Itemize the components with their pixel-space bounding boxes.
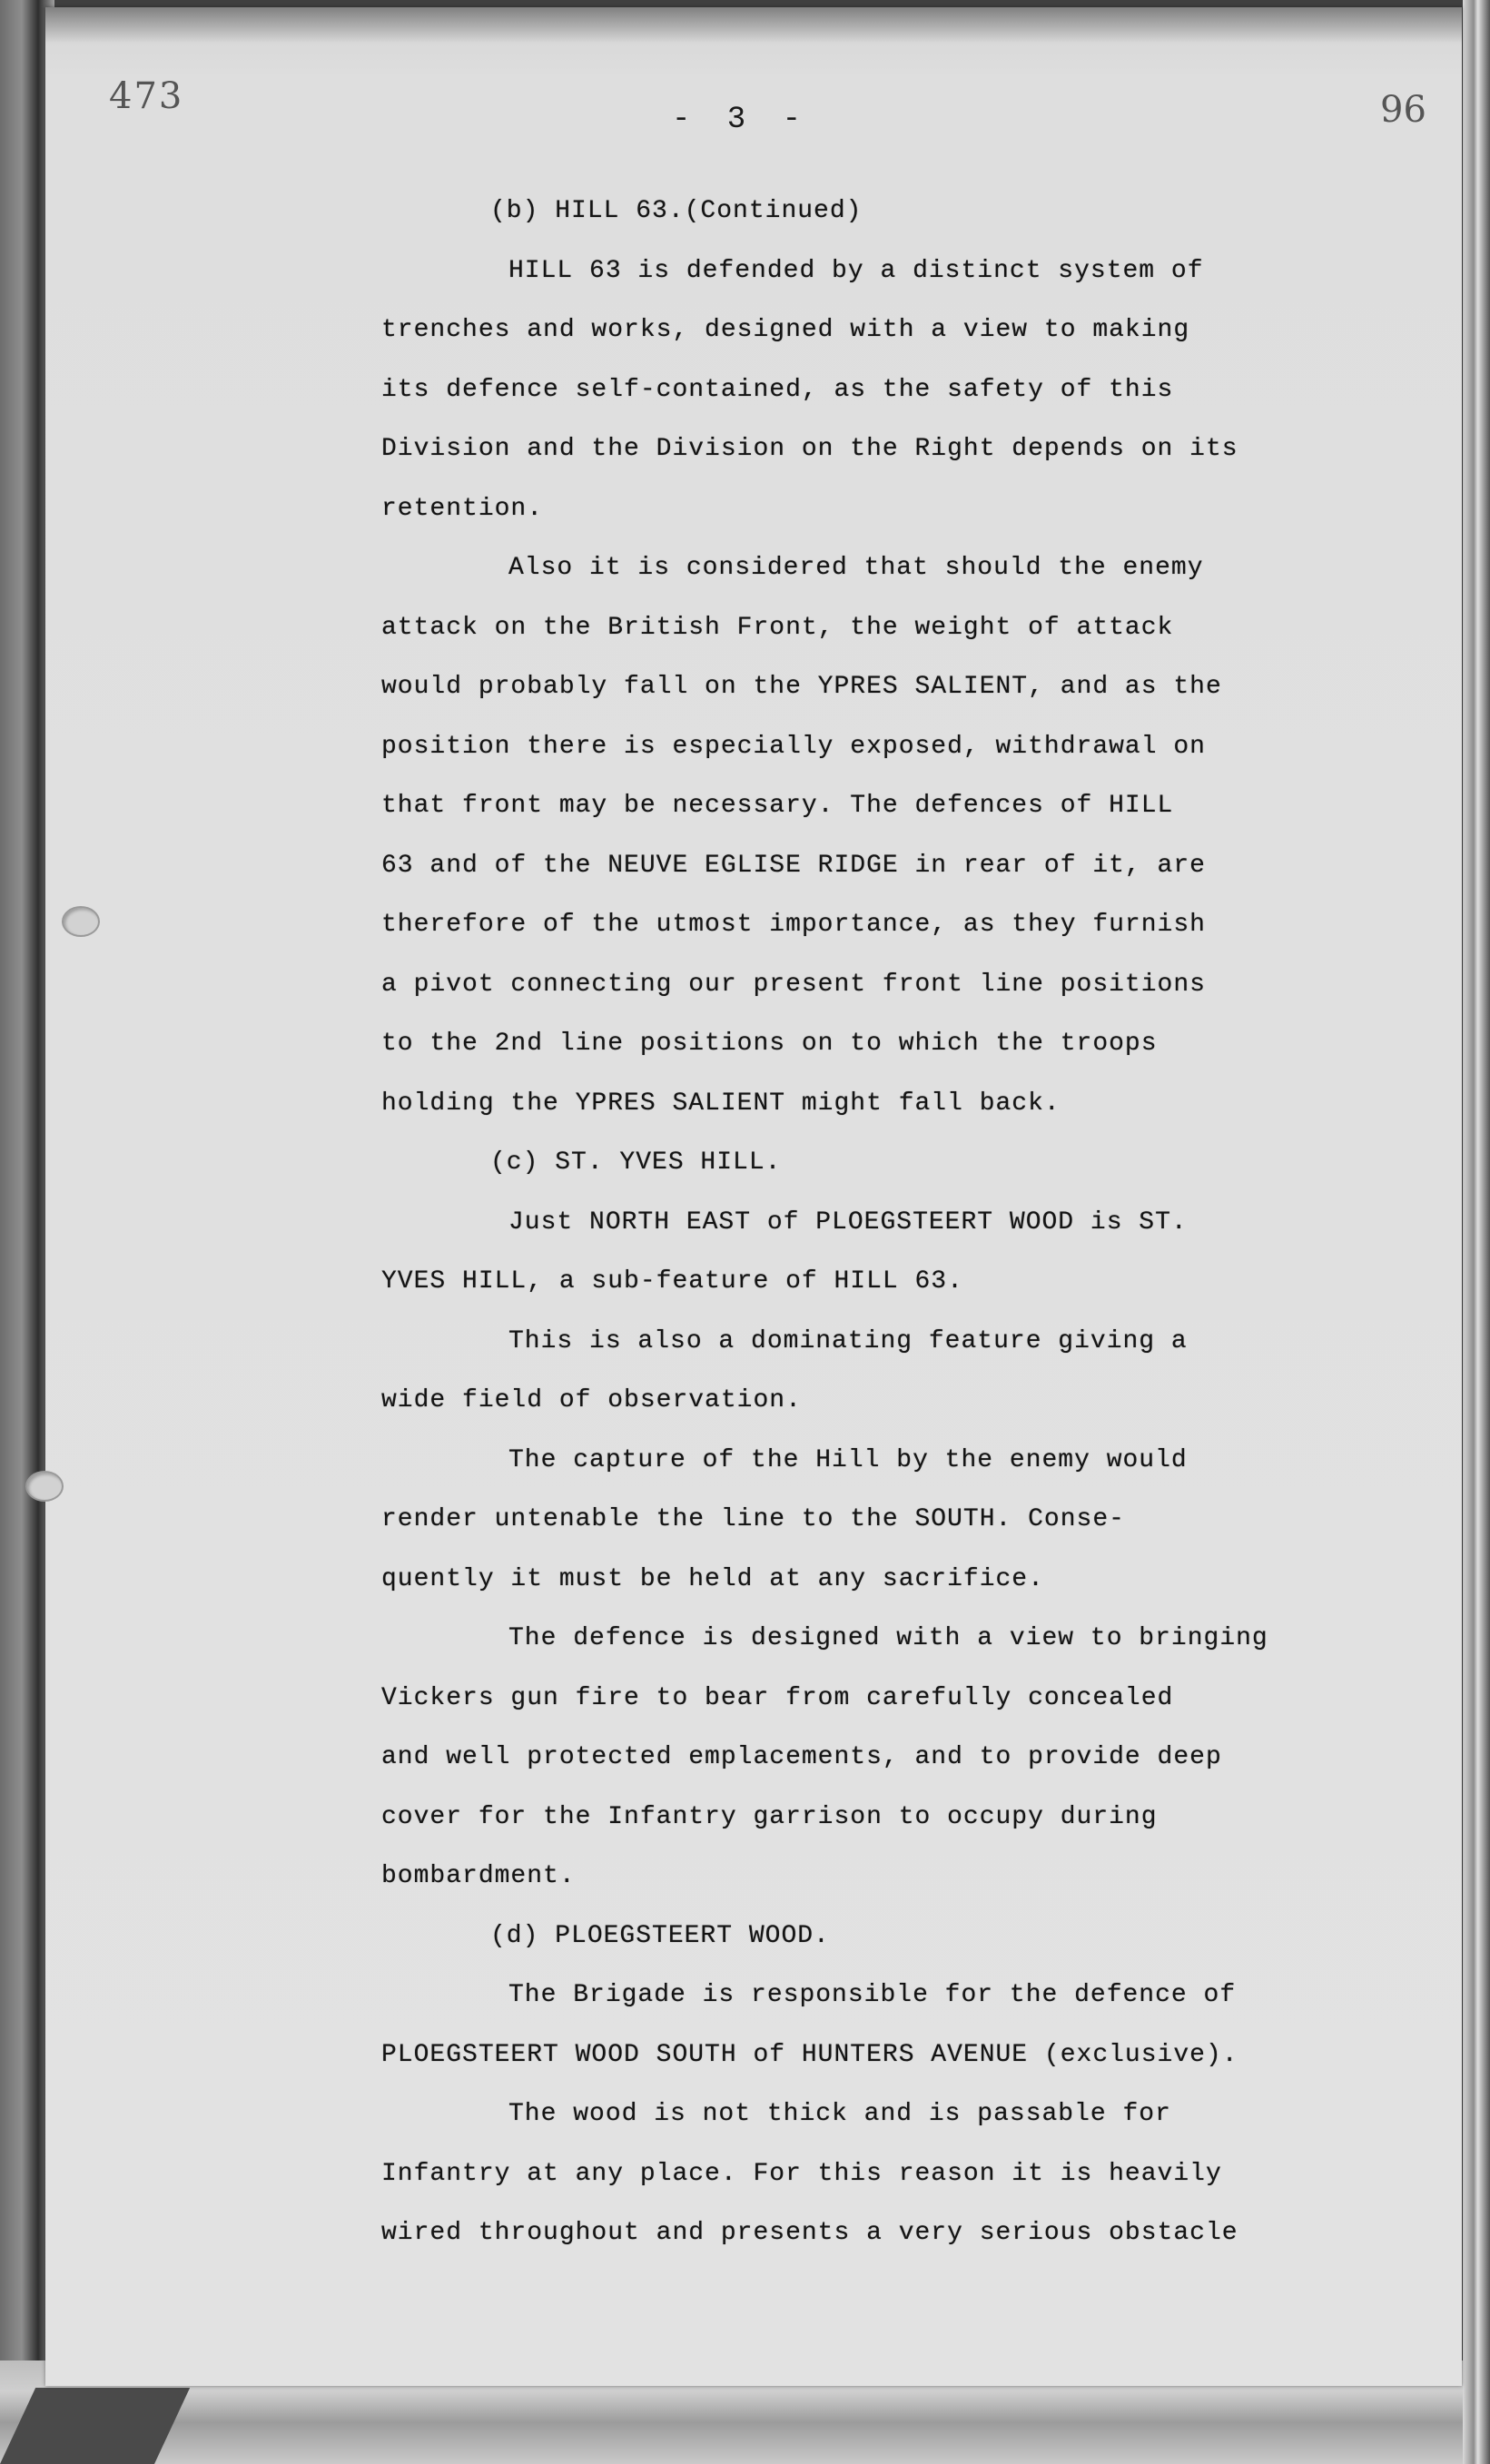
page-number: - 3 - xyxy=(672,103,810,137)
text-line: render untenable the line to the SOUTH. … xyxy=(381,1490,1398,1550)
document-body: (b) HILL 63.(Continued) HILL 63 is defen… xyxy=(381,182,1398,2263)
text-line: cover for the Infantry garrison to occup… xyxy=(381,1788,1398,1848)
text-line: a pivot connecting our present front lin… xyxy=(381,955,1398,1015)
page-top-shadow xyxy=(45,7,1462,44)
archive-folio-number-left: 473 xyxy=(109,75,183,117)
text-line: The wood is not thick and is passable fo… xyxy=(381,2085,1398,2144)
punch-hole-icon xyxy=(62,906,100,937)
section-heading: (b) HILL 63.(Continued) xyxy=(381,182,1398,241)
text-line: quently it must be held at any sacrifice… xyxy=(381,1550,1398,1610)
text-line: attack on the British Front, the weight … xyxy=(381,598,1398,658)
text-line: This is also a dominating feature giving… xyxy=(381,1312,1398,1372)
section-heading: (d) PLOEGSTEERT WOOD. xyxy=(381,1907,1398,1966)
text-line: its defence self-contained, as the safet… xyxy=(381,360,1398,420)
text-line: 63 and of the NEUVE EGLISE RIDGE in rear… xyxy=(381,836,1398,896)
text-line: Just NORTH EAST of PLOEGSTEERT WOOD is S… xyxy=(381,1193,1398,1253)
text-line: HILL 63 is defended by a distinct system… xyxy=(381,241,1398,301)
text-line: PLOEGSTEERT WOOD SOUTH of HUNTERS AVENUE… xyxy=(381,2025,1398,2085)
text-line: Infantry at any place. For this reason i… xyxy=(381,2144,1398,2204)
text-line: retention. xyxy=(381,479,1398,539)
punch-hole-icon xyxy=(25,1471,64,1502)
text-line: Vickers gun fire to bear from carefully … xyxy=(381,1669,1398,1729)
text-line: The defence is designed with a view to b… xyxy=(381,1609,1398,1669)
section-heading: (c) ST. YVES HILL. xyxy=(381,1133,1398,1193)
text-line: position there is especially exposed, wi… xyxy=(381,717,1398,777)
text-line: wired throughout and presents a very ser… xyxy=(381,2203,1398,2263)
text-line: and well protected emplacements, and to … xyxy=(381,1728,1398,1788)
text-line: wide field of observation. xyxy=(381,1371,1398,1431)
binder-edge xyxy=(1463,0,1490,2464)
text-line: trenches and works, designed with a view… xyxy=(381,301,1398,360)
text-line: holding the YPRES SALIENT might fall bac… xyxy=(381,1074,1398,1134)
text-line: The Brigade is responsible for the defen… xyxy=(381,1966,1398,2025)
text-line: Division and the Division on the Right d… xyxy=(381,419,1398,479)
text-line: to the 2nd line positions on to which th… xyxy=(381,1014,1398,1074)
text-line: bombardment. xyxy=(381,1847,1398,1907)
text-line: Also it is considered that should the en… xyxy=(381,538,1398,598)
text-line: that front may be necessary. The defence… xyxy=(381,776,1398,836)
archive-folio-number-right: 96 xyxy=(1380,89,1426,131)
text-line: The capture of the Hill by the enemy wou… xyxy=(381,1431,1398,1491)
text-line: YVES HILL, a sub-feature of HILL 63. xyxy=(381,1252,1398,1312)
text-line: would probably fall on the YPRES SALIENT… xyxy=(381,657,1398,717)
text-line: therefore of the utmost importance, as t… xyxy=(381,895,1398,955)
